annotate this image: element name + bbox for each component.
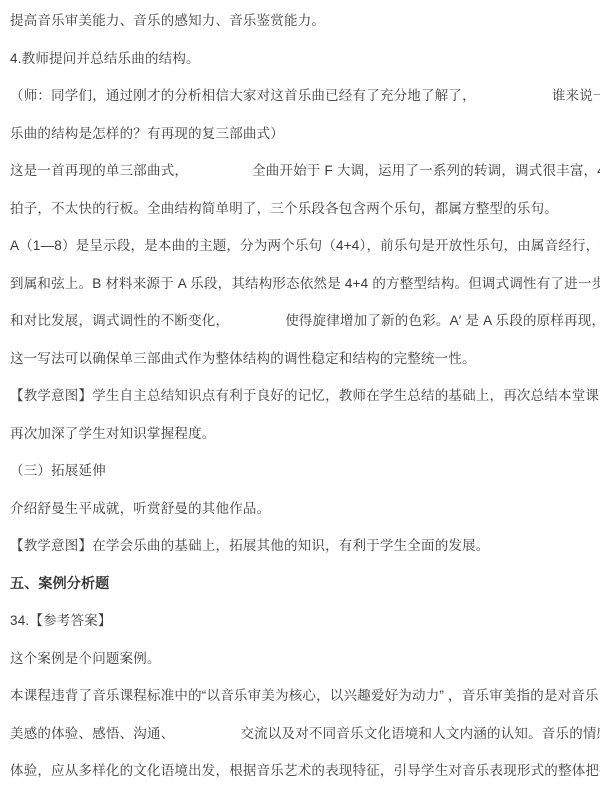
text-run: 使得旋律增加了新的色彩。A′ 是 A 乐段的原样再现， — [285, 313, 600, 328]
text-run: 【教学意图】学生自主总结知识点有利于良好的记忆，教师在学生总结的基础上，再次总结… — [10, 388, 600, 403]
text-line: 【教学意图】学生自主总结知识点有利于良好的记忆，教师在学生总结的基础上，再次总结… — [10, 377, 592, 415]
section-heading: 五、案例分析题 — [10, 565, 592, 603]
text-line: 这是一首再现的单三部曲式，全曲开始于 F 大调，运用了一系列的转调，调式很丰富，… — [10, 152, 592, 190]
text-run: 再次加深了学生对知识掌握程度。 — [10, 426, 216, 441]
text-line: 体验，应从多样化的文化语境出发，根据音乐艺术的表现特征，引导学生对音乐表现形式的… — [10, 752, 592, 790]
text-line: 美感的体验、感悟、沟通、交流以及对不同音乐文化语境和人文内涵的认知。音乐的情感 — [10, 715, 592, 753]
text-gap — [174, 737, 240, 738]
document-body: 提高音乐审美能力、音乐的感知力、音乐鉴赏能力。4.教师提问并总结乐曲的结构。（师… — [10, 2, 592, 790]
text-gap — [476, 99, 552, 100]
text-run: 体验，应从多样化的文化语境出发，根据音乐艺术的表现特征，引导学生对音乐表现形式的… — [10, 763, 600, 778]
text-line: 这一写法可以确保单三部曲式作为整体结构的调性稳定和结构的完整统一性。 — [10, 340, 592, 378]
text-line: 再次加深了学生对知识掌握程度。 — [10, 415, 592, 453]
text-run: 本课程违背了音乐课程标准中的“以音乐审美为核心，以兴趣爱好为动力” ，音乐审美指… — [10, 688, 600, 703]
text-line: 【教学意图】在学会乐曲的基础上，拓展其他的知识，有利于学生全面的发展。 — [10, 527, 592, 565]
document-page: 提高音乐审美能力、音乐的感知力、音乐鉴赏能力。4.教师提问并总结乐曲的结构。（师… — [0, 0, 600, 792]
text-line: （三）拓展延伸 — [10, 452, 592, 490]
text-line: 34.【参考答案】 — [10, 602, 592, 640]
text-line: （师：同学们，通过刚才的分析相信大家对这首乐曲已经有了充分地了解了，谁来说一说 — [10, 77, 592, 115]
text-run: （师：同学们，通过刚才的分析相信大家对这首乐曲已经有了充分地了解了， — [10, 88, 476, 103]
text-run: 到属和弦上。B 材料来源于 A 乐段，其结构形态依然是 4+4 的方整型结构。但… — [10, 276, 600, 291]
text-run: 介绍舒曼生平成就，听赏舒曼的其他作品。 — [10, 501, 270, 516]
text-line: 拍子，不太快的行板。全曲结构简单明了，三个乐段各包含两个乐句，都属方整型的乐句。 — [10, 190, 592, 228]
text-run: 全曲开始于 F 大调，运用了一系列的转调，调式很丰富，4/4 — [252, 163, 600, 178]
text-run: 4.教师提问并总结乐曲的结构。 — [10, 51, 200, 66]
text-line: 提高音乐审美能力、音乐的感知力、音乐鉴赏能力。 — [10, 2, 592, 40]
text-run: 提高音乐审美能力、音乐的感知力、音乐鉴赏能力。 — [10, 13, 325, 28]
text-run: 谁来说一说 — [552, 88, 600, 103]
text-line: 到属和弦上。B 材料来源于 A 乐段，其结构形态依然是 4+4 的方整型结构。但… — [10, 265, 592, 303]
text-gap — [229, 324, 285, 325]
text-line: 乐曲的结构是怎样的？有再现的复三部曲式） — [10, 115, 592, 153]
text-run: 拍子，不太快的行板。全曲结构简单明了，三个乐段各包含两个乐句，都属方整型的乐句。 — [10, 201, 558, 216]
text-line: 本课程违背了音乐课程标准中的“以音乐审美为核心，以兴趣爱好为动力” ，音乐审美指… — [10, 677, 592, 715]
text-line: A（1—8）是呈示段，是本曲的主题，分为两个乐句（4+4），前乐句是开放性乐句，… — [10, 227, 592, 265]
text-run: 这个案例是个问题案例。 — [10, 651, 161, 666]
text-line: 这个案例是个问题案例。 — [10, 640, 592, 678]
text-gap — [188, 174, 252, 175]
text-line: 4.教师提问并总结乐曲的结构。 — [10, 40, 592, 78]
text-run: 乐曲的结构是怎样的？有再现的复三部曲式） — [10, 126, 284, 141]
text-run: 这是一首再现的单三部曲式， — [10, 163, 188, 178]
text-line: 和对比发展，调式调性的不断变化，使得旋律增加了新的色彩。A′ 是 A 乐段的原样… — [10, 302, 592, 340]
text-run: 美感的体验、感悟、沟通、 — [10, 726, 174, 741]
text-line: 介绍舒曼生平成就，听赏舒曼的其他作品。 — [10, 490, 592, 528]
text-run: 交流以及对不同音乐文化语境和人文内涵的认知。音乐的情感 — [240, 726, 600, 741]
text-run: 【教学意图】在学会乐曲的基础上，拓展其他的知识，有利于学生全面的发展。 — [10, 538, 490, 553]
text-run: A（1—8）是呈示段，是本曲的主题，分为两个乐句（4+4），前乐句是开放性乐句，… — [10, 238, 600, 253]
text-run: （三）拓展延伸 — [10, 463, 106, 478]
text-run: 和对比发展，调式调性的不断变化， — [10, 313, 229, 328]
text-run: 34.【参考答案】 — [10, 613, 112, 628]
text-run: 五、案例分析题 — [10, 575, 109, 591]
text-run: 这一写法可以确保单三部曲式作为整体结构的调性稳定和结构的完整统一性。 — [10, 351, 476, 366]
